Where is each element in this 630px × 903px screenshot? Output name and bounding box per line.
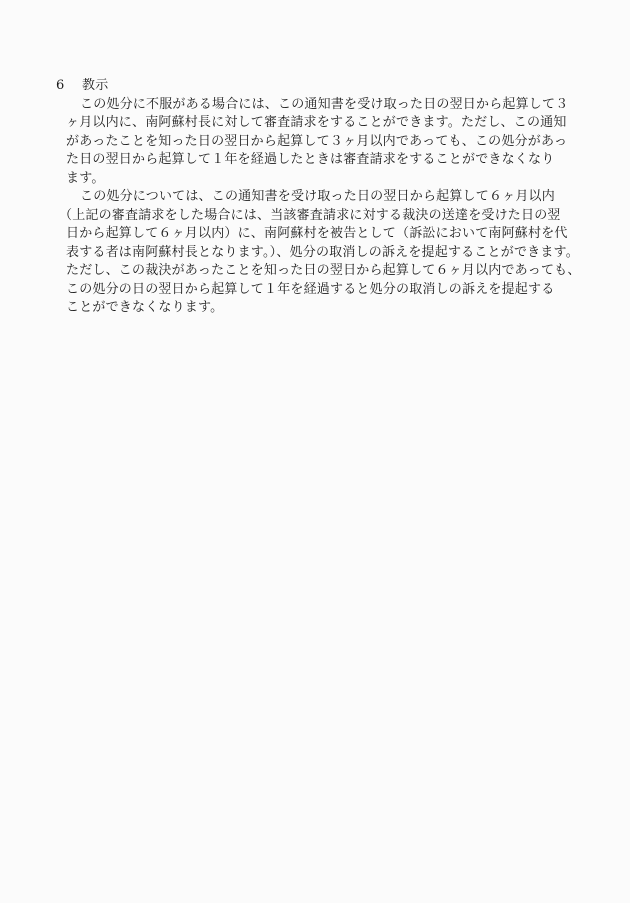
document-page: 6教示 この処分に不服がある場合には、この通知書を受け取った日の翌日から起算して…	[0, 0, 630, 903]
paragraph-line: ます。	[56, 170, 586, 189]
paragraph-line: 日から起算して６ヶ月以内）に、南阿蘇村を被告として（訴訟において南阿蘇村を代	[56, 225, 586, 244]
paragraph-line: 表する者は南阿蘇村長となります。）、処分の取消しの訴えを提起することができます。	[56, 244, 586, 263]
paragraph-line: ヶ月以内に、南阿蘇村長に対して審査請求をすることができます。ただし、この通知	[56, 114, 586, 133]
paragraph-line: この処分の日の翌日から起算して１年を経過すると処分の取消しの訴えを提起する	[56, 281, 586, 300]
paragraph-line: （上記の審査請求をした場合には、当該審査請求に対する裁決の送達を受けた日の翌	[56, 207, 586, 226]
paragraph-appeal: この処分に不服がある場合には、この通知書を受け取った日の翌日から起算して３ ヶ月…	[56, 96, 586, 189]
section-heading: 6教示	[56, 77, 586, 96]
paragraph-line: ことができなくなります。	[56, 299, 586, 318]
paragraph-line: この処分については、この通知書を受け取った日の翌日から起算して６ヶ月以内	[56, 188, 586, 207]
section-number: 6	[56, 77, 82, 96]
section-title: 教示	[82, 78, 108, 93]
paragraph-line: この処分に不服がある場合には、この通知書を受け取った日の翌日から起算して３	[56, 96, 586, 115]
paragraph-line: があったことを知った日の翌日から起算して３ヶ月以内であっても、この処分があっ	[56, 133, 586, 152]
paragraph-line: ただし、この裁決があったことを知った日の翌日から起算して６ヶ月以内であっても、	[56, 262, 586, 281]
paragraph-lawsuit: この処分については、この通知書を受け取った日の翌日から起算して６ヶ月以内 （上記…	[56, 188, 586, 318]
section-instruction: 6教示 この処分に不服がある場合には、この通知書を受け取った日の翌日から起算して…	[56, 77, 586, 318]
paragraph-line: た日の翌日から起算して１年を経過したときは審査請求をすることができなくなり	[56, 151, 586, 170]
